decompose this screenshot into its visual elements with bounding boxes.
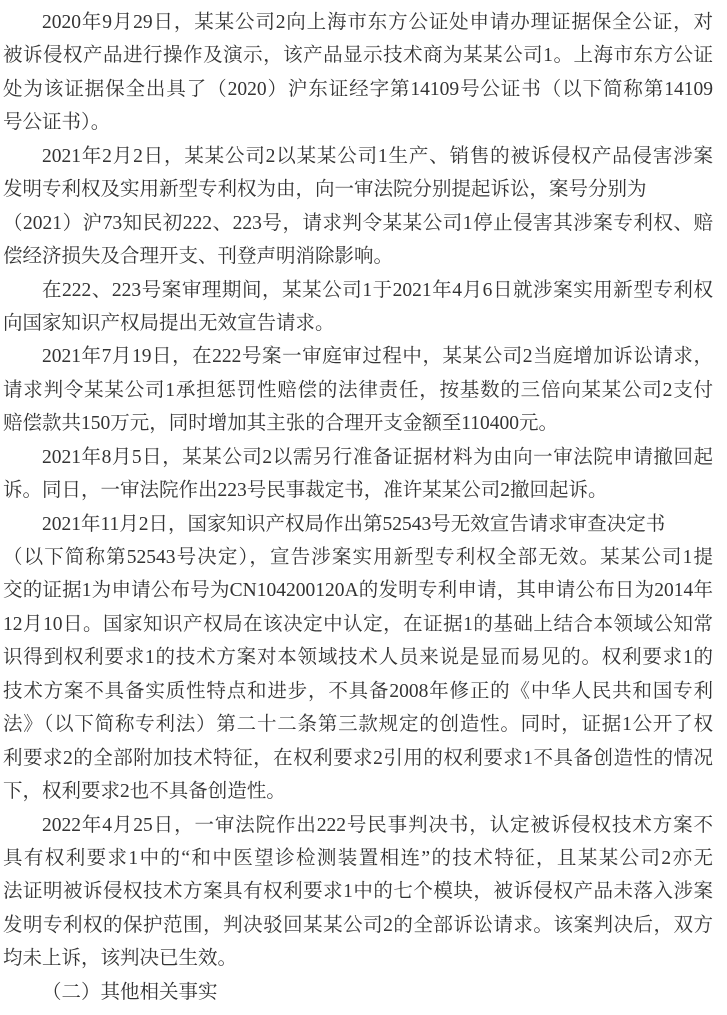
text-line: 2021年7月19日，在222号案一审庭审过程中，某某公司2当庭增加诉讼请求， [3, 340, 713, 373]
section-heading-other-facts: （二）其他相关事实 [3, 976, 713, 1009]
text-line: 具有权利要求1中的“和中医望诊检测装置相连”的技术特征，且某某公司2亦无 [3, 842, 713, 875]
text-line: （以下简称第52543号决定），宣告涉案实用新型专利权全部无效。某某公司1提 [3, 541, 713, 574]
text-line: 赔偿款共150万元，同时增加其主张的合理开支金额至110400元。 [3, 407, 713, 440]
text-line: 交的证据1为申请公布号为CN104200120A的发明专利申请，其申请公布日为2… [3, 574, 713, 607]
text-line: （2021）沪73知民初222、223号，请求判令某某公司1停止侵害其涉案专利权… [3, 207, 713, 240]
text-line: 2021年2月2日，某某公司2以某某公司1生产、销售的被诉侵权产品侵害涉案 [3, 140, 713, 173]
paragraph-invalidation-decision-52543: 2021年11月2日，国家知识产权局作出第52543号无效宣告请求审查决定书（以… [3, 508, 713, 809]
text-line: 2020年9月29日，某某公司2向上海市东方公证处申请办理证据保全公证，对 [3, 6, 713, 39]
text-line: 法》（以下简称专利法）第二十二条第三款规定的创造性。同时，证据1公开了权 [3, 708, 713, 741]
text-line: 发明专利权及实用新型专利权为由，向一审法院分别提起诉讼，案号分别为 [3, 173, 713, 206]
paragraph-invalidation-request: 在222、223号案审理期间，某某公司1于2021年4月6日就涉案实用新型专利权… [3, 274, 713, 341]
text-line: 均未上诉，该判决已生效。 [3, 942, 713, 975]
paragraph-notarization-2020: 2020年9月29日，某某公司2向上海市东方公证处申请办理证据保全公证，对被诉侵… [3, 6, 713, 140]
text-line: 2022年4月25日，一审法院作出222号民事判决书，认定被诉侵权技术方案不 [3, 809, 713, 842]
text-line: 在222、223号案审理期间，某某公司1于2021年4月6日就涉案实用新型专利权 [3, 274, 713, 307]
text-line: 请求判令某某公司1承担惩罚性赔偿的法律责任，按基数的三倍向某某公司2支付 [3, 374, 713, 407]
text-line: 发明专利权的保护范围，判决驳回某某公司2的全部诉讼请求。该案判决后，双方 [3, 909, 713, 942]
text-line: 2021年11月2日，国家知识产权局作出第52543号无效宣告请求审查决定书 [3, 508, 713, 541]
document-page: 2020年9月29日，某某公司2向上海市东方公证处申请办理证据保全公证，对被诉侵… [0, 0, 713, 1009]
text-line: 技术方案不具备实质性特点和进步，不具备2008年修正的《中华人民共和国专利 [3, 675, 713, 708]
text-line: （二）其他相关事实 [3, 976, 713, 1009]
text-line: 诉。同日，一审法院作出223号民事裁定书，准许某某公司2撤回起诉。 [3, 474, 713, 507]
paragraph-withdrawal-2021-08-05: 2021年8月5日，某某公司2以需另行准备证据材料为由向一审法院申请撤回起诉。同… [3, 441, 713, 508]
paragraph-judgment-222-2022-04-25: 2022年4月25日，一审法院作出222号民事判决书，认定被诉侵权技术方案不具有… [3, 809, 713, 976]
text-line: 处为该证据保全出具了（2020）沪东证经字第14109号公证书（以下简称第141… [3, 73, 713, 106]
text-line: 2021年8月5日，某某公司2以需另行准备证据材料为由向一审法院申请撤回起 [3, 441, 713, 474]
paragraph-added-claims-2021-07-19: 2021年7月19日，在222号案一审庭审过程中，某某公司2当庭增加诉讼请求，请… [3, 340, 713, 440]
text-line: 识得到权利要求1的技术方案对本领域技术人员来说是显而易见的。权利要求1的 [3, 641, 713, 674]
text-line: 法证明被诉侵权技术方案具有权利要求1中的七个模块，被诉侵权产品未落入涉案 [3, 875, 713, 908]
text-line: 下，权利要求2也不具备创造性。 [3, 775, 713, 808]
text-line: 利要求2的全部附加技术特征，在权利要求2引用的权利要求1不具备创造性的情况 [3, 742, 713, 775]
text-line: 12月10日。国家知识产权局在该决定中认定，在证据1的基础上结合本领域公知常 [3, 608, 713, 641]
paragraph-lawsuits-filed-2021: 2021年2月2日，某某公司2以某某公司1生产、销售的被诉侵权产品侵害涉案发明专… [3, 140, 713, 274]
text-line: 向国家知识产权局提出无效宣告请求。 [3, 307, 713, 340]
text-line: 偿经济损失及合理开支、刊登声明消除影响。 [3, 240, 713, 273]
text-line: 号公证书）。 [3, 106, 713, 139]
text-line: 被诉侵权产品进行操作及演示，该产品显示技术商为某某公司1。上海市东方公证 [3, 39, 713, 72]
